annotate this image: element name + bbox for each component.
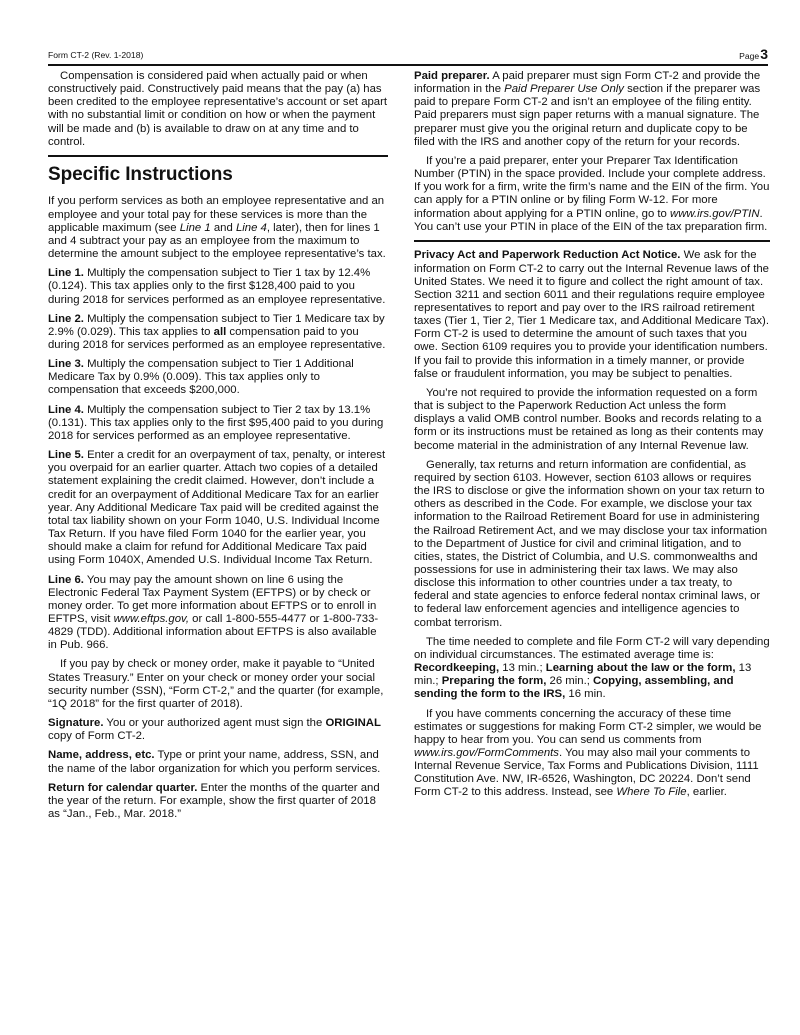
ptin-paragraph: If you’re a paid preparer, enter your Pr… xyxy=(414,155,770,234)
line1-paragraph: Line 1. Multiply the compensation subjec… xyxy=(48,267,388,306)
return-quarter-paragraph: Return for calendar quarter. Enter the m… xyxy=(48,782,388,821)
section-divider xyxy=(414,240,770,243)
line5-label: Line 5. xyxy=(48,449,84,461)
line1-reference: Line 1 xyxy=(180,222,211,234)
line1-label: Line 1. xyxy=(48,267,84,279)
line3-label: Line 3. xyxy=(48,358,84,370)
check-payment-paragraph: If you pay by check or money order, make… xyxy=(48,658,388,711)
right-column: Paid preparer. A paid preparer must sign… xyxy=(414,70,770,806)
paid-preparer-label: Paid preparer. xyxy=(414,70,490,82)
specific-intro-paragraph: If you perform services as both an emplo… xyxy=(48,195,388,261)
page-number: 3 xyxy=(760,46,768,62)
header-divider xyxy=(48,64,768,66)
return-quarter-label: Return for calendar quarter. xyxy=(48,782,197,794)
section-title: Specific Instructions xyxy=(48,164,388,186)
line4-label: Line 4. xyxy=(48,404,84,416)
line4-reference: Line 4 xyxy=(236,222,267,234)
not-required-paragraph: You’re not required to provide the infor… xyxy=(414,387,770,453)
confidential-paragraph: Generally, tax returns and return inform… xyxy=(414,459,770,630)
line6-paragraph: Line 6. You may pay the amount shown on … xyxy=(48,574,388,653)
privacy-label: Privacy Act and Paperwork Reduction Act … xyxy=(414,249,680,261)
ptin-link[interactable]: www.irs.gov/PTIN xyxy=(670,208,760,220)
eftps-link[interactable]: www.eftps.gov, xyxy=(114,613,189,625)
comments-paragraph: If you have comments concerning the accu… xyxy=(414,708,770,800)
line5-paragraph: Line 5. Enter a credit for an overpaymen… xyxy=(48,449,388,567)
page-indicator: Page3 xyxy=(739,46,768,62)
line2-label: Line 2. xyxy=(48,313,84,325)
page-label: Page xyxy=(739,51,759,61)
where-to-file-reference: Where To File xyxy=(616,786,686,798)
signature-paragraph: Signature. You or your authorized agent … xyxy=(48,717,388,743)
time-needed-paragraph: The time needed to complete and file For… xyxy=(414,636,770,702)
line2-paragraph: Line 2. Multiply the compensation subjec… xyxy=(48,313,388,352)
form-comments-link[interactable]: www.irs.gov/FormComments xyxy=(414,747,559,759)
left-column: Compensation is considered paid when act… xyxy=(48,70,388,827)
name-address-label: Name, address, etc. xyxy=(48,749,155,761)
line3-paragraph: Line 3. Multiply the compensation subjec… xyxy=(48,358,388,397)
privacy-paragraph: Privacy Act and Paperwork Reduction Act … xyxy=(414,249,770,381)
paid-preparer-paragraph: Paid preparer. A paid preparer must sign… xyxy=(414,70,770,149)
name-address-paragraph: Name, address, etc. Type or print your n… xyxy=(48,749,388,775)
compensation-paragraph: Compensation is considered paid when act… xyxy=(48,70,388,149)
line6-label: Line 6. xyxy=(48,574,84,586)
section-divider xyxy=(48,155,388,158)
form-id: Form CT-2 (Rev. 1-2018) xyxy=(48,50,143,60)
line4-paragraph: Line 4. Multiply the compensation subjec… xyxy=(48,404,388,443)
signature-label: Signature. xyxy=(48,717,103,729)
